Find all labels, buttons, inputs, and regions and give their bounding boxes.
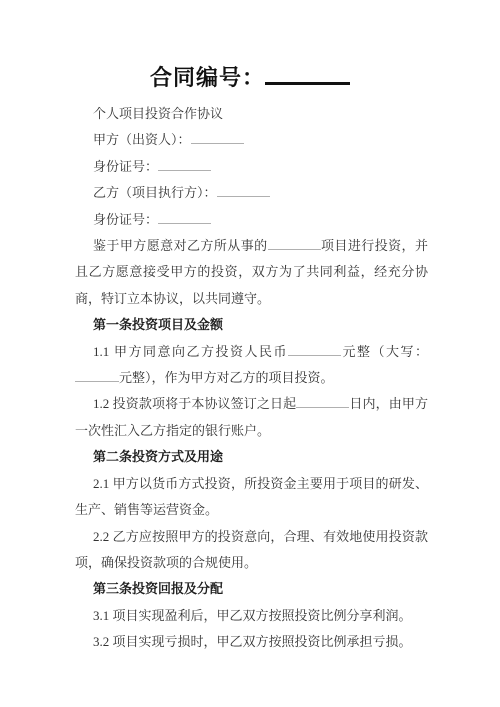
clause-2-1: 2.1 甲方以货币方式投资，所投资金主要用于项目的研发、生产、销售等运营资金。 (75, 471, 428, 524)
section2-heading: 第二条投资方式及用途 (75, 444, 428, 470)
days-blank-line (296, 396, 349, 408)
party-b-id-label: 身份证号： (93, 212, 158, 227)
party-a-id-blank-line (158, 159, 211, 171)
party-a-blank-line (191, 132, 244, 144)
contract-number-title: 合同编号： (0, 63, 500, 93)
contract-page: 合同编号： 个人项目投资合作协议 甲方（出资人）： 身份证号： 乙方（项目执行方… (0, 0, 500, 707)
clause-1-1-pre: 1.1 甲方同意向乙方投资人民币 (93, 344, 288, 359)
contract-number-blank-line (265, 63, 350, 85)
amount-blank-line (288, 344, 341, 356)
amount-words-blank-line (75, 370, 119, 382)
section1-heading: 第一条投资项目及金额 (75, 312, 428, 338)
intro-text-pre: 鉴于甲方愿意对乙方所从事的 (93, 238, 268, 253)
section3-heading: 第三条投资回报及分配 (75, 576, 428, 602)
party-b-id-line: 身份证号： (75, 207, 428, 233)
party-b-id-blank-line (158, 212, 211, 224)
party-b-line: 乙方（项目执行方）： (75, 180, 428, 206)
clause-3-2: 3.2 项目实现亏损时，甲乙双方按照投资比例承担亏损。 (75, 629, 428, 655)
project-name-blank-line (268, 238, 321, 250)
clause-1-1-post: 元整），作为甲方对乙方的项目投资。 (119, 370, 334, 385)
party-a-line: 甲方（出资人）： (75, 127, 428, 153)
clause-1-1: 1.1 甲方同意向乙方投资人民币元整（大写：元整），作为甲方对乙方的项目投资。 (75, 339, 428, 392)
contract-number-label: 合同编号： (150, 65, 265, 90)
intro-paragraph: 鉴于甲方愿意对乙方所从事的项目进行投资，并且乙方愿意接受甲方的投资，双方为了共同… (75, 233, 428, 312)
clause-2-2: 2.2 乙方应按照甲方的投资意向，合理、有效地使用投资款项，确保投资款项的合规使… (75, 524, 428, 577)
party-b-label: 乙方（项目执行方）： (93, 185, 217, 200)
doc-subtitle: 个人项目投资合作协议 (75, 101, 428, 127)
party-b-blank-line (217, 185, 270, 197)
party-a-id-label: 身份证号： (93, 159, 158, 174)
clause-1-2-pre: 1.2 投资款项将于本协议签订之日起 (93, 396, 296, 411)
clause-1-2: 1.2 投资款项将于本协议签订之日起日内，由甲方一次性汇入乙方指定的银行账户。 (75, 391, 428, 444)
clause-1-1-mid: 元整（大写： (341, 344, 428, 359)
party-a-label: 甲方（出资人）： (93, 132, 191, 147)
party-a-id-line: 身份证号： (75, 154, 428, 180)
clause-3-1: 3.1 项目实现盈利后，甲乙双方按照投资比例分享利润。 (75, 603, 428, 629)
contract-body: 个人项目投资合作协议 甲方（出资人）： 身份证号： 乙方（项目执行方）： 身份证… (75, 101, 428, 656)
